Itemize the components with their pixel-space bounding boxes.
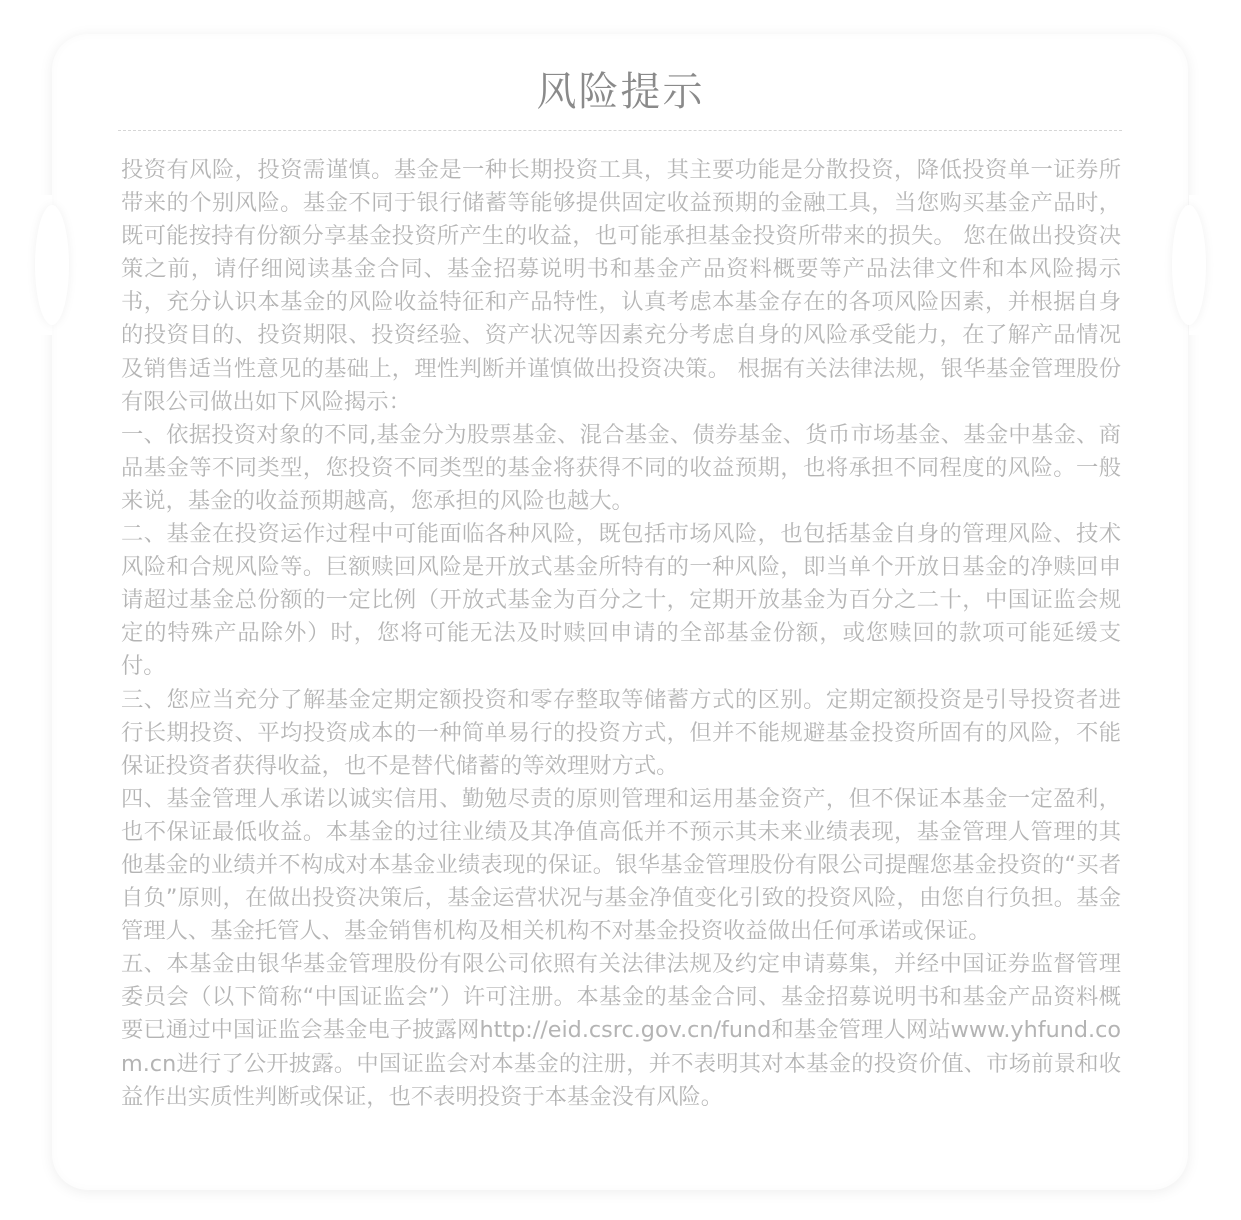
card-notch-left <box>35 205 69 325</box>
card-notch-right <box>1172 205 1206 325</box>
risk-item-5: 五、本基金由银华基金管理股份有限公司依照有关法律法规及约定申请募集，并经中国证券… <box>121 948 1121 1113</box>
risk-disclosure-body: 投资有风险，投资需谨慎。基金是一种长期投资工具，其主要功能是分散投资，降低投资单… <box>121 154 1121 1114</box>
risk-item-3: 三、您应当充分了解基金定期定额投资和零存整取等储蓄方式的区别。定期定额投资是引导… <box>121 684 1121 783</box>
risk-item-1: 一、依据投资对象的不同,基金分为股票基金、混合基金、债券基金、货币市场基金、基金… <box>121 419 1121 518</box>
page-title: 风险提示 <box>0 62 1241 122</box>
title-divider <box>118 130 1122 131</box>
intro-paragraph: 投资有风险，投资需谨慎。基金是一种长期投资工具，其主要功能是分散投资，降低投资单… <box>121 154 1121 419</box>
risk-item-2: 二、基金在投资运作过程中可能面临各种风险，既包括市场风险，也包括基金自身的管理风… <box>121 518 1121 683</box>
risk-item-4: 四、基金管理人承诺以诚实信用、勤勉尽责的原则管理和运用基金资产，但不保证本基金一… <box>121 783 1121 948</box>
